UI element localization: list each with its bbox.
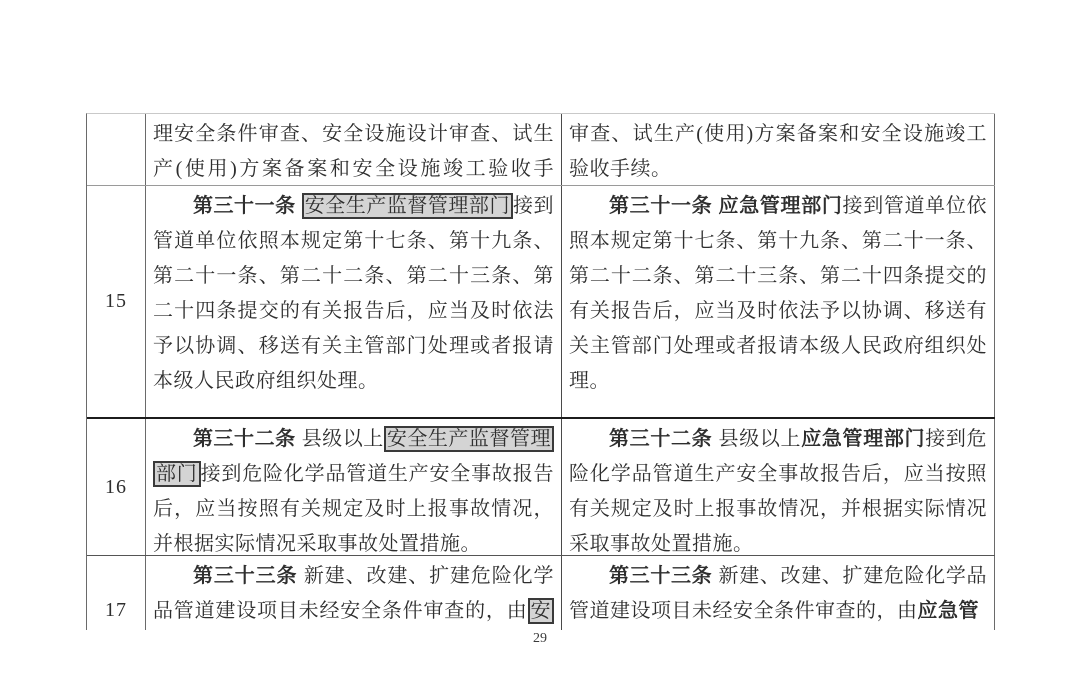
table-row: 16第三十二条 县级以上安全生产监督管理部门接到危险化学品管道生产安全事故报告后… <box>87 419 995 556</box>
old-regulation-cell: 第三十二条 县级以上安全生产监督管理部门接到危险化学品管道生产安全事故报告后，应… <box>146 419 562 555</box>
document-page: 理安全条件审查、安全设施设计审查、试生产(使用)方案备案和安全设施竣工验收手续。… <box>0 0 1080 676</box>
old-regulation-cell: 第三十一条 安全生产监督管理部门接到管道单位依照本规定第十七条、第十九条、第二十… <box>146 186 562 417</box>
row-number-cell: 16 <box>87 419 146 555</box>
row-number: 16 <box>105 476 127 499</box>
text-segment: 审查、试生产(使用)方案备案和安全设施竣工验收手续。 <box>569 123 987 180</box>
paragraph: 理安全条件审查、安全设施设计审查、试生产(使用)方案备案和安全设施竣工验收手续。 <box>153 117 554 185</box>
page-number: 29 <box>0 631 1080 647</box>
new-regulation-cell: 第三十二条 县级以上应急管理部门接到危险化学品管道生产安全事故报告后，应当按照有… <box>562 419 995 555</box>
table-row: 理安全条件审查、安全设施设计审查、试生产(使用)方案备案和安全设施竣工验收手续。… <box>87 114 995 186</box>
paragraph: 第三十二条 县级以上安全生产监督管理部门接到危险化学品管道生产安全事故报告后，应… <box>153 422 554 555</box>
row-number-cell: 15 <box>87 186 146 417</box>
new-regulation-cell: 第三十三条 新建、改建、扩建危险化学品管道建设项目未经安全条件审查的，由应急管 <box>562 556 995 630</box>
table-row: 17第三十三条 新建、改建、扩建危险化学品管道建设项目未经安全条件审查的，由安全… <box>87 556 995 630</box>
paragraph: 第三十一条 安全生产监督管理部门接到管道单位依照本规定第十七条、第十九条、第二十… <box>153 189 554 399</box>
paragraph: 第三十三条 新建、改建、扩建危险化学品管道建设项目未经安全条件审查的，由应急管 <box>569 559 987 629</box>
paragraph: 第三十一条 应急管理部门接到管道单位依照本规定第十七条、第十九条、第二十一条、第… <box>569 189 987 399</box>
paragraph: 第三十二条 县级以上应急管理部门接到危险化学品管道生产安全事故报告后，应当按照有… <box>569 422 987 555</box>
row-number: 17 <box>105 599 127 622</box>
text-segment: 接到危险化学品管道生产安全事故报告后，应当按照有关规定及时上报事故情况，并根据实… <box>153 463 554 555</box>
highlighted-text-segment: 安全生产监督管理部门 <box>302 193 513 219</box>
paragraph: 第三十三条 新建、改建、扩建危险化学品管道建设项目未经安全条件审查的，由安全 <box>153 559 554 630</box>
bold-text-segment: 第三十一条 <box>609 195 719 217</box>
old-regulation-cell: 理安全条件审查、安全设施设计审查、试生产(使用)方案备案和安全设施竣工验收手续。 <box>146 114 562 185</box>
bold-text-segment: 第三十二条 <box>609 428 719 450</box>
text-segment: 接到管道单位依照本规定第十七条、第十九条、第二十一条、第二十二条、第二十三条、第… <box>569 195 987 392</box>
bold-text-segment: 第三十一条 <box>193 195 302 217</box>
row-number-cell <box>87 114 146 185</box>
bold-text-segment: 应急管理部门 <box>719 195 843 217</box>
table-row: 15第三十一条 安全生产监督管理部门接到管道单位依照本规定第十七条、第十九条、第… <box>87 186 995 419</box>
new-regulation-cell: 审查、试生产(使用)方案备案和安全设施竣工验收手续。 <box>562 114 995 185</box>
comparison-table: 理安全条件审查、安全设施设计审查、试生产(使用)方案备案和安全设施竣工验收手续。… <box>86 113 995 630</box>
bold-text-segment: 第三十三条 <box>609 565 719 587</box>
bold-text-segment: 第三十三条 <box>193 565 304 587</box>
bold-text-segment: 第三十二条 <box>193 428 302 450</box>
row-number-cell: 17 <box>87 556 146 630</box>
row-number: 15 <box>105 290 127 313</box>
paragraph: 审查、试生产(使用)方案备案和安全设施竣工验收手续。 <box>569 117 987 185</box>
text-segment: 县级以上 <box>302 428 384 450</box>
text-segment: 接到管道单位依照本规定第十七条、第十九条、第二十一条、第二十二条、第二十三条、第… <box>153 195 554 392</box>
bold-text-segment: 应急管理部门 <box>801 428 925 450</box>
text-segment: 县级以上 <box>719 428 802 450</box>
bold-text-segment: 应急管 <box>918 600 980 622</box>
old-regulation-cell: 第三十三条 新建、改建、扩建危险化学品管道建设项目未经安全条件审查的，由安全 <box>146 556 562 630</box>
new-regulation-cell: 第三十一条 应急管理部门接到管道单位依照本规定第十七条、第十九条、第二十一条、第… <box>562 186 995 417</box>
text-segment: 理安全条件审查、安全设施设计审查、试生产(使用)方案备案和安全设施竣工验收手续。 <box>153 123 554 185</box>
